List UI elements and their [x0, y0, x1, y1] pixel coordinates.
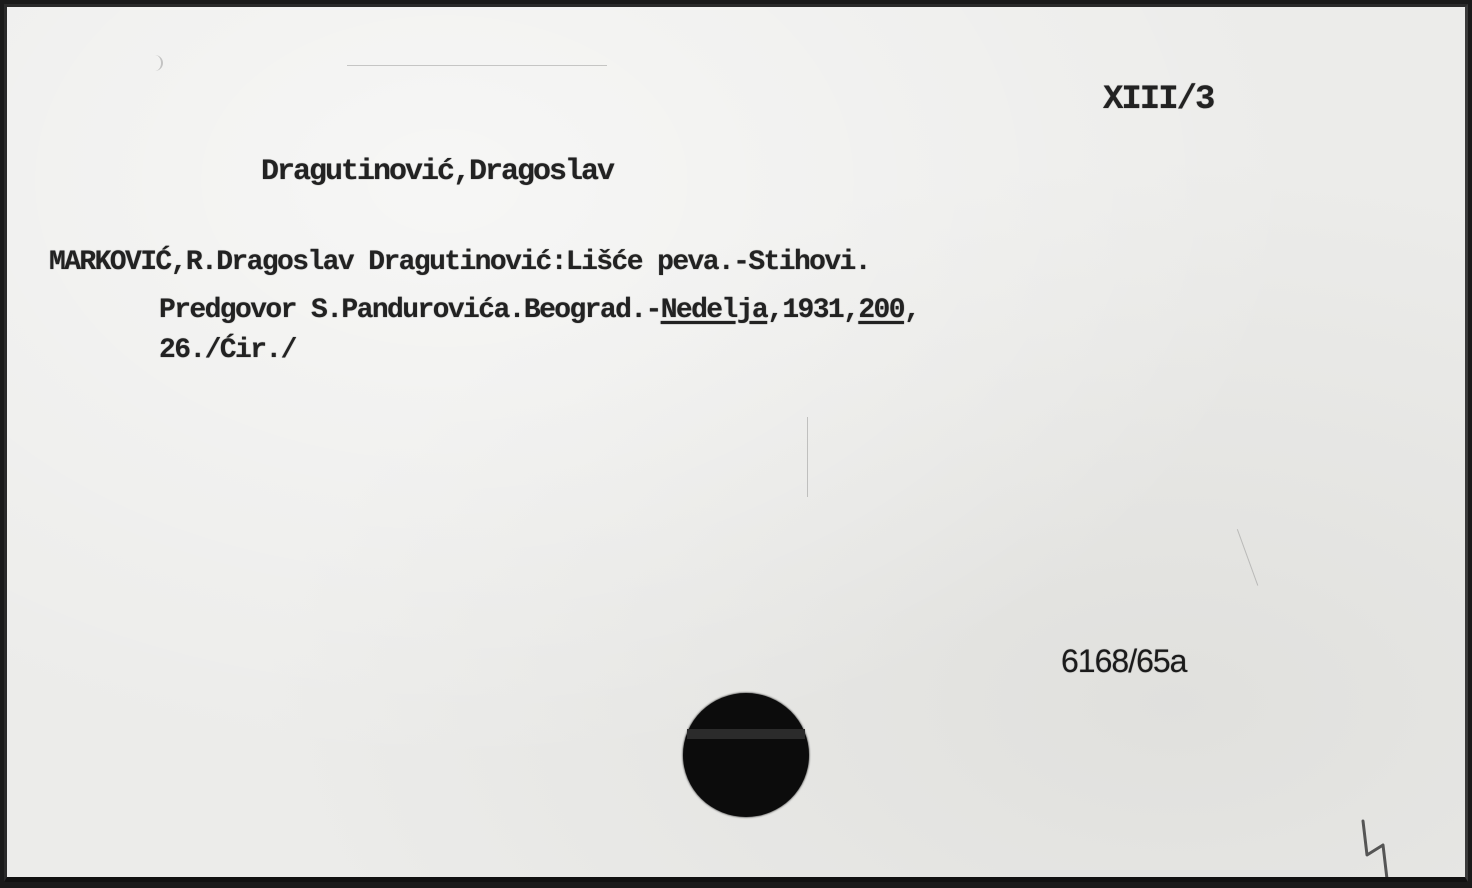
entry-author: MARKOVIĆ,R.Dragoslav — [49, 247, 353, 278]
entry-line-2: Predgovor S.Pandurovića.Beograd.-Nedelja… — [159, 295, 919, 326]
entry-series: Nedelja — [661, 295, 767, 326]
entry-line-3: 26./Ćir./ — [159, 335, 296, 366]
paper-scratch — [1237, 528, 1260, 585]
entry-suffix: , — [904, 295, 919, 326]
heading-name: Dragutinović,Dragoslav — [261, 155, 613, 189]
entry-line-1: MARKOVIĆ,R.Dragoslav Dragutinović:Lišće … — [49, 247, 870, 278]
paper-scratch — [807, 417, 810, 497]
catalog-card: XIII/3 Dragutinović,Dragoslav MARKOVIĆ,R… — [4, 4, 1468, 882]
entry-title: Dragutinović:Lišće peva.-Stihovi. — [368, 247, 870, 278]
entry-script-note: /Ćir./ — [205, 335, 296, 366]
paper-scratch — [147, 55, 163, 71]
accession-number: 6168/65a — [1061, 643, 1186, 680]
entry-size: 26. — [159, 335, 205, 366]
entry-year: ,1931, — [767, 295, 858, 326]
entry-pages: 200 — [858, 295, 904, 326]
punch-hole — [683, 693, 809, 817]
call-number: XIII/3 — [1103, 81, 1213, 119]
entry-preface-imprint: Predgovor S.Pandurovića.Beograd.- — [159, 295, 661, 326]
paper-scratch — [347, 65, 607, 68]
handwritten-mark-icon — [1359, 815, 1399, 882]
